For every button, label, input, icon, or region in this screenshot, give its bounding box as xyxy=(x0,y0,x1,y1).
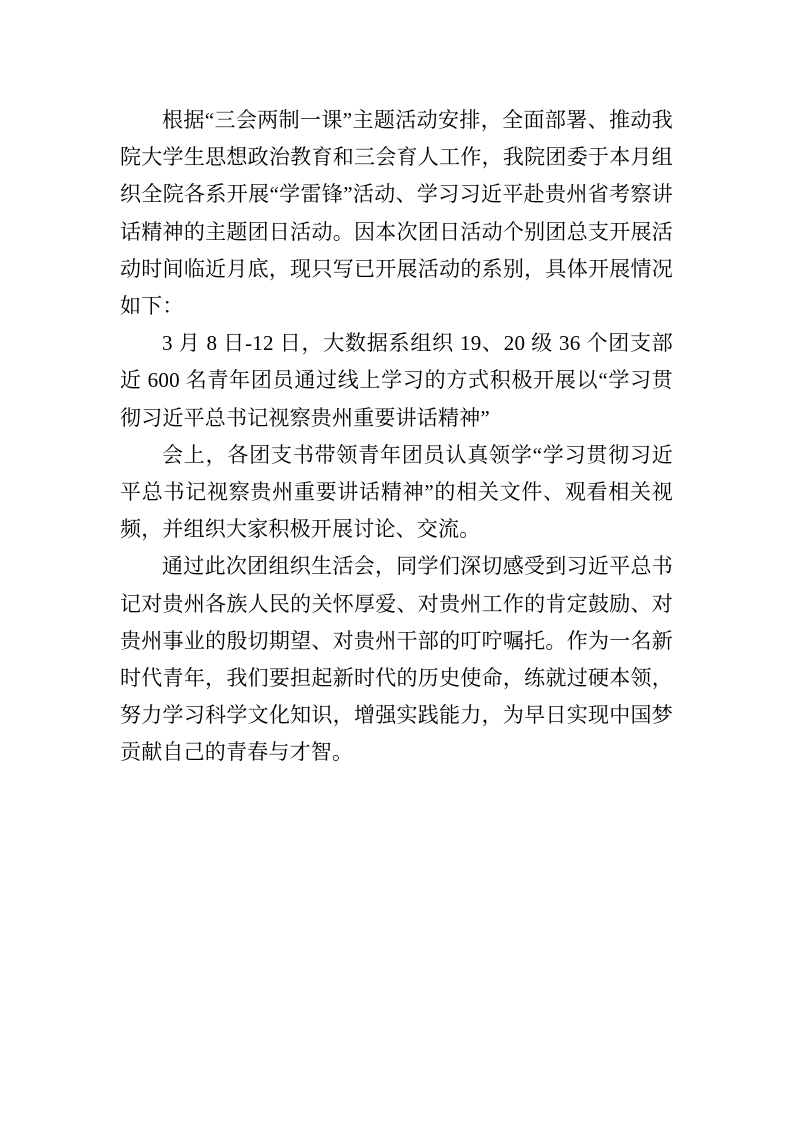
paragraph-conclusion: 通过此次团组织生活会，同学们深切感受到习近平总书记对贵州各族人民的关怀厚爱、对贵… xyxy=(120,548,673,771)
document-page: 根据“三会两制一课”主题活动安排，全面部署、推动我院大学生思想政治教育和三会育人… xyxy=(0,0,793,1122)
document-body: 根据“三会两制一课”主题活动安排，全面部署、推动我院大学生思想政治教育和三会育人… xyxy=(120,102,673,772)
paragraph-meeting-detail: 会上，各团支书带领青年团员认真领学“学习贯彻习近平总书记视察贵州重要讲话精神”的… xyxy=(120,437,673,549)
paragraph-intro: 根据“三会两制一课”主题活动安排，全面部署、推动我院大学生思想政治教育和三会育人… xyxy=(120,102,673,325)
paragraph-activity-overview: 3 月 8 日-12 日，大数据系组织 19、20 级 36 个团支部近 600… xyxy=(120,325,673,437)
